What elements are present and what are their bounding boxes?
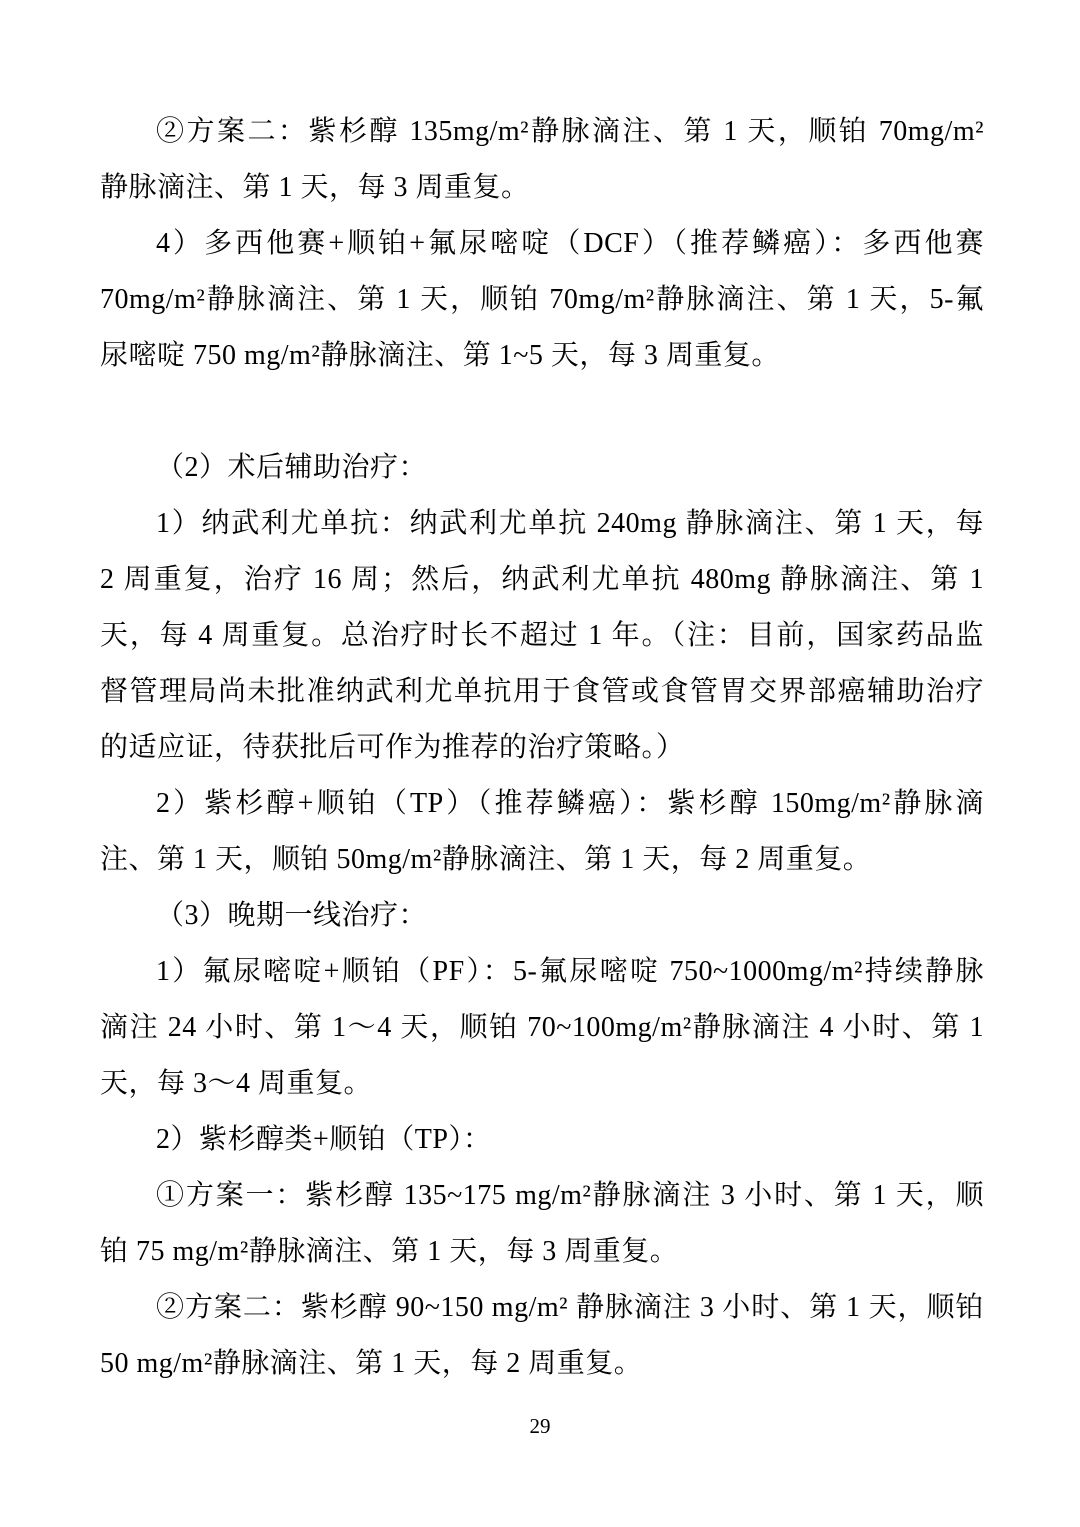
text-line: 天，每 4 周重复。总治疗时长不超过 1 年。（注：目前，国家药品监: [100, 608, 984, 664]
paragraph: ②方案二：紫杉醇 90~150 mg/m² 静脉滴注 3 小时、第 1 天，顺铂…: [100, 1280, 984, 1392]
paragraph: 2）紫杉醇+顺铂（TP）（推荐鳞癌）：紫杉醇 150mg/m²静脉滴注、第 1 …: [100, 776, 984, 888]
paragraph: 2）紫杉醇类+顺铂（TP）：: [100, 1112, 984, 1168]
text-line: 滴注 24 小时、第 1～4 天，顺铂 70~100mg/m²静脉滴注 4 小时…: [100, 1000, 984, 1056]
text-line: 70mg/m²静脉滴注、第 1 天，顺铂 70mg/m²静脉滴注、第 1 天，5…: [100, 272, 984, 328]
paragraph: （2）术后辅助治疗：: [100, 440, 984, 496]
paragraph: （3）晚期一线治疗：: [100, 888, 984, 944]
text-line: 2）紫杉醇+顺铂（TP）（推荐鳞癌）：紫杉醇 150mg/m²静脉滴: [100, 776, 984, 832]
text-line: ①方案一：紫杉醇 135~175 mg/m²静脉滴注 3 小时、第 1 天，顺: [100, 1168, 984, 1224]
document-page: ②方案二：紫杉醇 135mg/m²静脉滴注、第 1 天，顺铂 70mg/m²静脉…: [0, 0, 1080, 1527]
text-line: 1）氟尿嘧啶+顺铂（PF）：5-氟尿嘧啶 750~1000mg/m²持续静脉: [100, 944, 984, 1000]
text-line: 静脉滴注、第 1 天，每 3 周重复。: [100, 160, 984, 216]
text-line: 铂 75 mg/m²静脉滴注、第 1 天，每 3 周重复。: [100, 1224, 984, 1280]
paragraph: ①方案一：紫杉醇 135~175 mg/m²静脉滴注 3 小时、第 1 天，顺铂…: [100, 1168, 984, 1280]
text-line: 督管理局尚未批准纳武利尤单抗用于食管或食管胃交界部癌辅助治疗: [100, 664, 984, 720]
text-line: 注、第 1 天，顺铂 50mg/m²静脉滴注、第 1 天，每 2 周重复。: [100, 832, 984, 888]
paragraph: 1）氟尿嘧啶+顺铂（PF）：5-氟尿嘧啶 750~1000mg/m²持续静脉滴注…: [100, 944, 984, 1112]
text-line: 50 mg/m²静脉滴注、第 1 天，每 2 周重复。: [100, 1336, 984, 1392]
text-line: 4）多西他赛+顺铂+氟尿嘧啶（DCF）（推荐鳞癌）：多西他赛: [100, 216, 984, 272]
text-line: 的适应证，待获批后可作为推荐的治疗策略。）: [100, 720, 984, 776]
text-line: （2）术后辅助治疗：: [100, 440, 984, 496]
text-line: ②方案二：紫杉醇 135mg/m²静脉滴注、第 1 天，顺铂 70mg/m²: [100, 104, 984, 160]
page-number: 29: [0, 1414, 1080, 1439]
text-line: ②方案二：紫杉醇 90~150 mg/m² 静脉滴注 3 小时、第 1 天，顺铂: [100, 1280, 984, 1336]
text-line: 1）纳武利尤单抗：纳武利尤单抗 240mg 静脉滴注、第 1 天，每: [100, 496, 984, 552]
text-line: 2）紫杉醇类+顺铂（TP）：: [100, 1112, 984, 1168]
document-body: ②方案二：紫杉醇 135mg/m²静脉滴注、第 1 天，顺铂 70mg/m²静脉…: [100, 104, 984, 1392]
paragraph: 4）多西他赛+顺铂+氟尿嘧啶（DCF）（推荐鳞癌）：多西他赛70mg/m²静脉滴…: [100, 216, 984, 384]
paragraph: ②方案二：紫杉醇 135mg/m²静脉滴注、第 1 天，顺铂 70mg/m²静脉…: [100, 104, 984, 216]
text-line: 尿嘧啶 750 mg/m²静脉滴注、第 1~5 天，每 3 周重复。: [100, 328, 984, 384]
text-line: （3）晚期一线治疗：: [100, 888, 984, 944]
paragraph: 1）纳武利尤单抗：纳武利尤单抗 240mg 静脉滴注、第 1 天，每2 周重复，…: [100, 496, 984, 776]
text-line: 2 周重复，治疗 16 周；然后，纳武利尤单抗 480mg 静脉滴注、第 1: [100, 552, 984, 608]
text-line: 天，每 3～4 周重复。: [100, 1056, 984, 1112]
